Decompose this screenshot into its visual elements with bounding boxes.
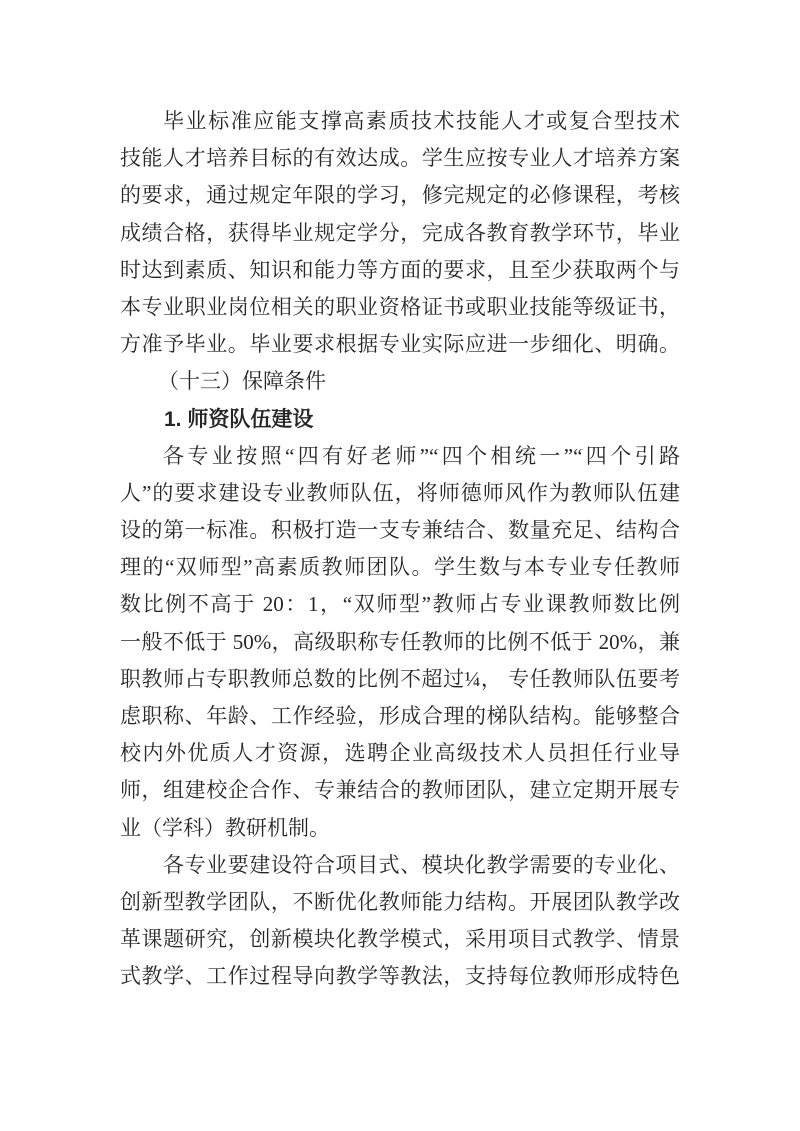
paragraph-graduation-standards: 毕业标准应能支撑高素质技术技能人才或复合型技术 技能人才培养目标的有效达成。学生… [120,103,680,363]
paragraph-section-heading: （十三）保障条件 [120,363,680,400]
text-line: 式教学、工作过程导向教学等教法，支持每位教师形成特色 [120,958,680,995]
text-line: 职教师占专职教师总数的比例不超过¼， 专任教师队伍要考 [120,661,680,698]
text-line: 一般不低于 50%，高级职称专任教师的比例不低于 20%，兼 [120,624,680,661]
document-text-block: 毕业标准应能支撑高素质技术技能人才或复合型技术 技能人才培养目标的有效达成。学生… [120,103,680,996]
text-line: 师，组建校企合作、专兼结合的教师团队，建立定期开展专 [120,772,680,809]
document-page: 毕业标准应能支撑高素质技术技能人才或复合型技术 技能人才培养目标的有效达成。学生… [0,0,800,1131]
text-line: 技能人才培养目标的有效达成。学生应按专业人才培养方案 [120,140,680,177]
paragraph-teaching-team: 各专业要建设符合项目式、模块化教学需要的专业化、 创新型教学团队，不断优化教师能… [120,847,680,996]
paragraph-teacher-team: 各专业按照“四有好老师”“四个相统一”“四个引路 人”的要求建设专业教师队伍，将… [120,438,680,847]
text-line: 毕业标准应能支撑高素质技术技能人才或复合型技术 [120,103,680,140]
text-line: 人”的要求建设专业教师队伍，将师德师风作为教师队伍建 [120,475,680,512]
text-line: 本专业职业岗位相关的职业资格证书或职业技能等级证书， [120,289,680,326]
text-line: 革课题研究，创新模块化教学模式，采用项目式教学、情景 [120,921,680,958]
text-line: 设的第一标准。积极打造一支专兼结合、数量充足、结构合 [120,512,680,549]
text-line: 各专业要建设符合项目式、模块化教学需要的专业化、 [120,847,680,884]
text-line: 虑职称、年龄、工作经验，形成合理的梯队结构。能够整合 [120,698,680,735]
text-line: 方准予毕业。毕业要求根据专业实际应进一步细化、明确。 [120,326,680,363]
section-heading: （十三）保障条件 [120,363,680,400]
text-line: 的要求，通过规定年限的学习，修完规定的必修课程，考核 [120,177,680,214]
text-line: 时达到素质、知识和能力等方面的要求，且至少获取两个与 [120,252,680,289]
text-line: 创新型教学团队，不断优化教师能力结构。开展团队教学改 [120,884,680,921]
text-line: 数比例不高于 20：1，“双师型”教师占专业课教师数比例 [120,586,680,623]
text-line: 业（学科）教研机制。 [120,810,680,847]
text-line: 各专业按照“四有好老师”“四个相统一”“四个引路 [120,438,680,475]
subsection-heading: 1. 师资队伍建设 [120,401,680,438]
text-line: 理的“双师型”高素质教师团队。学生数与本专业专任教师 [120,549,680,586]
text-line: 校内外优质人才资源，选聘企业高级技术人员担任行业导 [120,735,680,772]
text-line: 成绩合格，获得毕业规定学分，完成各教育教学环节，毕业 [120,215,680,252]
paragraph-subsection-heading: 1. 师资队伍建设 [120,401,680,438]
